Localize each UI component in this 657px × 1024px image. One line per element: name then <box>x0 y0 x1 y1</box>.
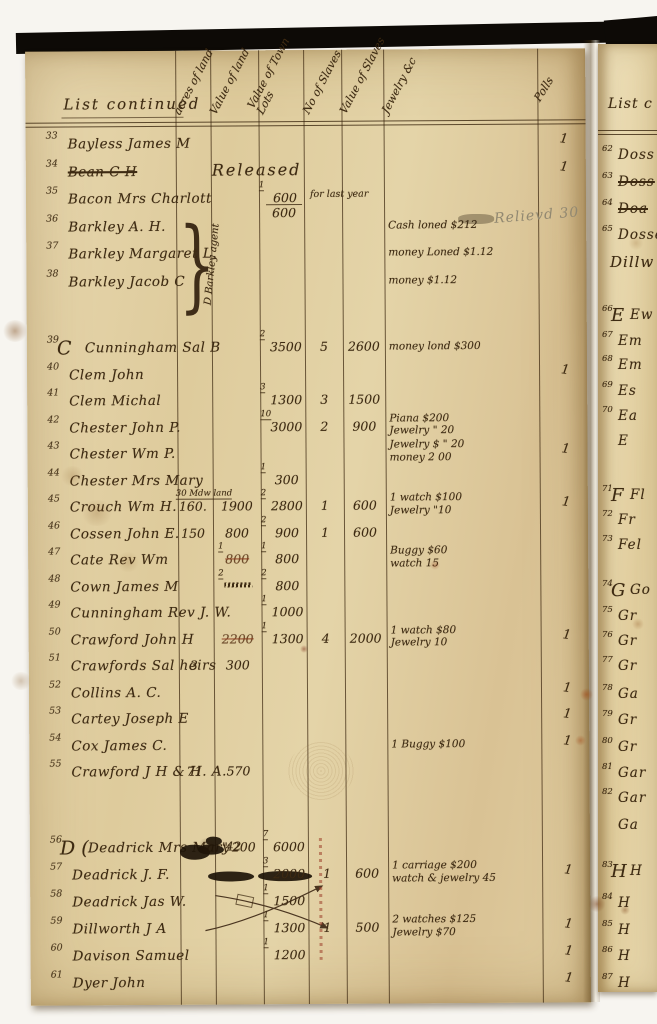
taxpayer-name: Bacon Mrs Charlott <box>68 191 212 208</box>
fingerprint-smudge <box>288 742 354 800</box>
taxpayer-name-fragment: Fl <box>630 487 646 503</box>
jewelry-line: money Loned $1.12 <box>388 246 493 259</box>
taxpayer-name: Davison Samuel <box>73 948 190 965</box>
released-note: Released <box>212 160 302 180</box>
jewelry-line: watch & jewelry 45 <box>392 871 496 884</box>
row-number: 76 <box>602 630 613 640</box>
row-initial: E <box>611 305 624 326</box>
taxpayer-name-fragment: Em <box>618 333 643 349</box>
town-lots-value: 1500 <box>266 893 312 908</box>
taxpayer-name-fragment: Doss <box>618 174 655 190</box>
town-lots-value: 3500 <box>263 339 309 354</box>
town-lots-value: 1000 <box>264 604 310 619</box>
row-initial: F <box>611 485 624 506</box>
slave-value: 900 <box>341 418 387 433</box>
taxpayer-name-fragment: E <box>618 433 629 449</box>
row-number: 84 <box>602 892 613 902</box>
taxpayer-name: Barkley Jacob C <box>68 273 185 290</box>
jewelry-notes: 1 carriage $200watch & jewelry 45 <box>392 859 496 885</box>
ink-blot <box>208 871 254 881</box>
row-number: 57 <box>50 862 62 873</box>
ledger-right-page: List c 62Doss63Doss64Doa65DossenDillw66E… <box>598 44 657 992</box>
row-number: 51 <box>49 653 61 664</box>
header-rule <box>26 123 586 128</box>
land-value: 300 <box>215 657 261 672</box>
row-initial: G <box>611 580 625 601</box>
row-number: 52 <box>49 679 61 690</box>
town-lots-value: 300 <box>264 471 310 486</box>
row-number: 35 <box>46 186 58 197</box>
town-lots-value: 6000 <box>266 839 312 854</box>
jewelry-line: money $1.12 <box>388 274 457 287</box>
jewelry-line: Jewelry $70 <box>392 925 476 938</box>
graphite-smudge <box>458 213 494 223</box>
row-number: 55 <box>49 759 61 770</box>
jewelry-notes: 1 Buggy $100 <box>391 738 465 751</box>
ledger-left-page: List continued Polls acres of landValue … <box>25 48 591 1005</box>
header-rule <box>598 134 657 135</box>
taxpayer-name-fragment: H <box>618 975 631 991</box>
slave-count: 1 <box>312 524 338 539</box>
scribbled-out-value <box>224 582 252 587</box>
column-header: Jewelry &c <box>380 55 418 115</box>
polls-tick: 1 <box>561 494 581 511</box>
row-initial: C <box>57 337 72 359</box>
polls-tick: 1 <box>564 943 584 960</box>
row-number: 67 <box>602 330 613 340</box>
row-number: 53 <box>49 706 61 717</box>
taxpayer-name: Cunningham Rev J. W. <box>70 604 231 621</box>
slave-value: 600 <box>342 524 388 539</box>
town-lots-value: 1300 <box>265 630 311 645</box>
taxpayer-name-fragment: H <box>630 863 643 879</box>
jewelry-notes: 2 watches $125Jewelry $70 <box>392 913 476 939</box>
row-number: 40 <box>47 361 59 372</box>
slave-count: 3 <box>311 392 337 407</box>
row-number: 60 <box>51 943 63 954</box>
taxpayer-name: Clem John <box>69 366 144 382</box>
taxpayer-name: Crawford John H <box>71 631 194 648</box>
taxpayer-name-fragment: Ew <box>630 307 653 323</box>
taxpayer-name-fragment: Fr <box>618 512 636 528</box>
ink-splotch <box>206 837 222 846</box>
slave-count: 5 <box>311 339 337 354</box>
column-line <box>537 49 544 1003</box>
taxpayer-name-fragment: Go <box>630 582 651 598</box>
slave-count: 1 <box>312 498 338 513</box>
row-number: 78 <box>602 683 613 693</box>
land-value: 570 <box>215 763 261 778</box>
acres-value: 150 <box>172 525 214 540</box>
land-value: " 200 <box>216 839 262 854</box>
jewelry-notes: Jewelry $ " 20money 2 00 <box>389 438 464 463</box>
slave-value: 1500 <box>341 392 387 407</box>
taxpayer-name-fragment: Em <box>618 357 643 373</box>
ink-splotch <box>180 845 210 860</box>
row-number: 44 <box>48 467 60 478</box>
polls-tick: 1 <box>562 706 582 723</box>
jewelry-line: 2 watches $125 <box>392 913 476 926</box>
jewelry-notes: 1 watch $80Jewelry 10 <box>391 624 457 649</box>
row-initial: H <box>611 861 627 882</box>
polls-tick: 1 <box>563 862 583 879</box>
row-number: 63 <box>602 171 613 181</box>
row-number: 75 <box>602 605 613 615</box>
taxpayer-name-fragment: Gr <box>618 633 637 649</box>
jewelry-notes: 1 watch $100Jewelry "10 <box>390 491 462 516</box>
pencil-relieved-note: Relievd 30 <box>494 204 580 226</box>
taxpayer-name-fragment: H <box>618 922 631 938</box>
jewelry-line: 1 carriage $200 <box>392 859 496 872</box>
taxpayer-name: Bayless James M <box>68 136 191 153</box>
taxpayer-name-fragment: Dossen <box>618 227 657 243</box>
slave-value: 600 <box>344 866 390 881</box>
town-lots-value: 2800 <box>264 498 310 513</box>
land-value: 800 <box>214 551 260 566</box>
header-rule <box>598 130 657 131</box>
town-lots-value: 2000 <box>266 866 312 881</box>
row-number: 45 <box>48 494 60 505</box>
row-number: 50 <box>49 626 61 637</box>
jewelry-notes: Buggy $60watch 15 <box>390 544 447 569</box>
town-lots-value: 1300 <box>266 920 312 935</box>
row-number: 82 <box>602 787 613 797</box>
slave-count: 4 <box>313 630 339 645</box>
row-number: 58 <box>50 889 62 900</box>
row-number: 85 <box>602 919 613 929</box>
town-lots-value: 1200 <box>267 947 313 962</box>
row-number: 72 <box>602 509 613 519</box>
row-number: 54 <box>49 732 61 743</box>
taxpayer-name-fragment: H <box>618 948 631 964</box>
polls-tick: 1 <box>561 441 581 458</box>
jewelry-line: Jewelry 10 <box>391 636 457 649</box>
row-number: 36 <box>46 213 58 224</box>
row-number: 48 <box>48 573 60 584</box>
row-number: 62 <box>602 144 613 154</box>
row-number: 61 <box>51 970 63 981</box>
stain <box>2 320 28 342</box>
taxpayer-name-fragment: Es <box>618 383 637 399</box>
taxpayer-name-fragment: Gar <box>618 790 646 806</box>
taxpayer-name-fragment: Gr <box>618 658 637 674</box>
jewelry-notes: money Loned $1.12 <box>388 246 493 259</box>
taxpayer-name-fragment: H <box>618 895 631 911</box>
scanned-ledger: List continued Polls acres of landValue … <box>0 0 657 1024</box>
slave-value: 2000 <box>343 630 389 645</box>
taxpayer-name-fragment: Ga <box>618 817 639 833</box>
taxpayer-name: Cox James C. <box>71 737 167 754</box>
row-number: 69 <box>602 380 613 390</box>
row-number: 65 <box>602 224 613 234</box>
taxpayer-name-fragment: Doss <box>618 147 655 163</box>
taxpayer-name: Collins A. C. <box>71 684 161 701</box>
row-number: 42 <box>47 414 59 425</box>
acres-value: 71 <box>173 764 215 779</box>
land-value: 2200 <box>215 631 261 646</box>
jewelry-line: Piana $200 <box>389 412 454 425</box>
taxpayer-name: Chester Wm P. <box>70 446 176 463</box>
row-number: 37 <box>46 241 58 252</box>
taxpayer-name-fragment: Gr <box>618 608 637 624</box>
row-number: 79 <box>602 709 613 719</box>
town-lots-value: 1300 <box>263 392 309 407</box>
row-number: 38 <box>46 268 58 279</box>
row-number: 46 <box>48 520 60 531</box>
row-number: 59 <box>50 916 62 927</box>
taxpayer-name: Bean C H <box>68 164 137 180</box>
column-header-line: No of Slaves <box>301 48 343 116</box>
taxpayer-name-fragment: Doa <box>618 201 648 217</box>
list-label-underline <box>61 117 183 119</box>
column-header: No of Slaves <box>301 48 343 116</box>
taxpayer-name: Cate Rev Wm <box>70 552 168 569</box>
jewelry-line: 1 watch $80 <box>391 624 457 637</box>
row-number: 73 <box>602 534 613 544</box>
row-number: 87 <box>602 972 613 982</box>
polls-tick: 1 <box>559 159 579 176</box>
slave-count: 1 <box>314 920 340 935</box>
column-header: Value of land <box>208 47 251 117</box>
jewelry-line: money 2 00 <box>390 451 465 464</box>
row-number: 68 <box>602 354 613 364</box>
slave-count: 2 <box>311 418 337 433</box>
taxpayer-name: Chester John P. <box>69 419 181 436</box>
taxpayer-name: Cunningham Sal B <box>85 340 221 357</box>
town-lots-value: 800 <box>264 551 310 566</box>
taxpayer-name-fragment: Fel <box>618 537 642 553</box>
acres-value: 3 <box>173 658 215 673</box>
polls-tick: 1 <box>562 680 582 697</box>
jewelry-line: Jewelry "10 <box>390 504 462 517</box>
jewelry-line: money lond $300 <box>389 340 481 353</box>
town-lots-value: 600 <box>262 190 308 205</box>
slave-value: 500 <box>344 920 390 935</box>
last-year-note: for last year <box>310 189 368 200</box>
polls-column-header: Polls <box>532 75 555 104</box>
jewelry-notes: money $1.12 <box>388 274 457 287</box>
taxpayer-name: Cartey Joseph E <box>71 711 189 728</box>
jewelry-notes: Piana $200Jewelry " 20 <box>389 412 454 437</box>
acres-value: 160. <box>172 499 214 514</box>
taxpayer-name-fragment: Dillw <box>610 253 654 271</box>
row-number: 70 <box>602 405 613 415</box>
taxpayer-name: Deadrick J. F. <box>72 867 170 884</box>
town-lots-value: 900 <box>264 524 310 539</box>
jewelry-line: watch 15 <box>390 557 447 570</box>
jewelry-line: Buggy $60 <box>390 544 447 557</box>
taxpayer-name: Chester Mrs Mary <box>70 472 204 489</box>
town-lots-value-2: 600 <box>266 204 302 220</box>
taxpayer-name: Dillworth J A <box>72 921 166 938</box>
town-lots-value: 3000 <box>263 418 309 433</box>
row-number: 43 <box>47 441 59 452</box>
row-number: 81 <box>602 762 613 772</box>
slave-value: 2600 <box>341 339 387 354</box>
jewelry-notes: money lond $300 <box>389 340 481 353</box>
slave-count: 1 <box>314 866 340 881</box>
polls-tick: 1 <box>564 916 584 933</box>
land-value: 800 <box>214 525 260 540</box>
polls-tick: 1 <box>562 627 582 644</box>
row-number: 86 <box>602 945 613 955</box>
row-number: 34 <box>46 158 58 169</box>
row-number: 41 <box>47 388 59 399</box>
taxpayer-name-fragment: Ga <box>618 686 639 702</box>
polls-tick: 1 <box>562 733 582 750</box>
town-lots-value: 800 <box>264 577 310 592</box>
row-initial: D ( <box>60 837 89 859</box>
taxpayer-name: Clem Michal <box>69 393 161 410</box>
jewelry-line: 1 watch $100 <box>390 491 462 504</box>
taxpayer-name-fragment: Gr <box>618 712 637 728</box>
taxpayer-name: Crouch Wm H. <box>70 499 177 516</box>
land-lot-count: 2 <box>218 568 223 579</box>
slave-value: 600 <box>342 498 388 513</box>
column-header-line: Jewelry &c <box>380 55 418 115</box>
right-list-label: List c <box>608 96 653 112</box>
taxpayer-name-fragment: Ea <box>618 408 638 424</box>
taxpayer-name: Deadrick Jas W. <box>72 894 186 911</box>
polls-tick: 1 <box>560 362 580 379</box>
taxpayer-name: Barkley Margaret L. <box>68 246 217 263</box>
jewelry-line: 1 Buggy $100 <box>391 738 465 751</box>
taxpayer-name: Cossen John E. <box>70 525 180 542</box>
taxpayer-name-fragment: Gr <box>618 739 637 755</box>
polls-tick: 1 <box>559 131 579 148</box>
jewelry-line: Jewelry " 20 <box>389 424 454 437</box>
taxpayer-name-fragment: Gar <box>618 765 646 781</box>
row-number: 47 <box>48 547 60 558</box>
row-number: 33 <box>46 131 58 142</box>
row-number: 49 <box>48 600 60 611</box>
land-value: 1900 <box>214 498 260 513</box>
column-header-line: Value of land <box>208 47 251 117</box>
taxpayer-name: Dyer John <box>73 975 146 991</box>
polls-tick: 1 <box>564 970 584 987</box>
taxpayer-name: Barkley A. H. <box>68 218 166 235</box>
row-number: 77 <box>602 655 613 665</box>
row-number: 64 <box>602 198 613 208</box>
row-number: 80 <box>602 736 613 746</box>
taxpayer-name: Cown James M <box>70 578 178 595</box>
jewelry-line: Jewelry $ " 20 <box>389 438 464 451</box>
